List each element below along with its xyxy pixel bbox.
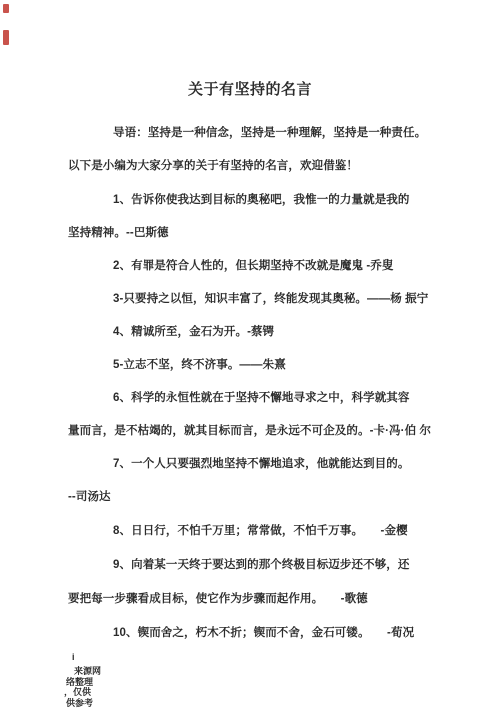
doc-line: 以下是小编为大家分享的关于有坚持的名言，欢迎借鉴！ [68,160,458,173]
footer-line: 来源网 [64,666,110,677]
doc-line: 3-只要持之以恒，知识丰富了，终能发现其奥秘。——杨 振宁 [113,293,500,306]
doc-line: 9、向着某一天终于要达到的那个终极目标迈步还不够，还 [113,559,500,572]
doc-line: 4、精诚所至，金石为开。-蔡锷 [113,326,500,339]
doc-line: 导语：坚持是一种信念，坚持是一种理解，坚持是一种责任。 [113,127,500,140]
footer-line: 供参考 [64,698,110,708]
footer-line: ，仅供 [64,687,110,698]
document-page: 关于有坚持的名言 导语：坚持是一种信念，坚持是一种理解，坚持是一种责任。 以下是… [0,0,500,708]
doc-line: 10、锲而舍之，朽木不折；锲而不舍，金石可镂。 -荀况 [113,627,500,640]
doc-line: 1、告诉你使我达到目标的奥秘吧，我惟一的力量就是我的 [113,194,500,207]
footer-note: i 来源网 络整理 ，仅供 供参考 [64,652,110,708]
doc-line: --司汤达 [68,491,458,504]
doc-line: 7、一个人只要强烈地坚持不懈地追求，他就能达到目的。 [113,458,500,471]
page-title: 关于有坚持的名言 [0,82,500,98]
footer-line: i [64,652,110,663]
footer-line: 络整理 [64,677,110,688]
doc-line: 2、有罪是符合人性的，但长期坚持不改就是魔鬼 -乔叟 [113,260,500,273]
doc-line: 要把每一步骤看成目标，使它作为步骤而起作用。 -歌德 [68,593,458,606]
doc-line: 坚持精神。--巴斯德 [68,227,458,240]
doc-line: 6、科学的永恒性就在于坚持不懈地寻求之中，科学就其容 [113,392,500,405]
red-stamp-mark-bottom [3,30,9,45]
doc-line: 量而言，是不枯竭的，就其目标而言，是永远不可企及的。-卡·冯·伯 尔 [68,425,458,438]
doc-line: 8、日日行，不怕千万里；常常做，不怕千万事。 -金樱 [113,525,500,538]
doc-line: 5-立志不坚，终不济事。——朱熹 [113,359,500,372]
red-stamp-mark-top [3,4,9,13]
